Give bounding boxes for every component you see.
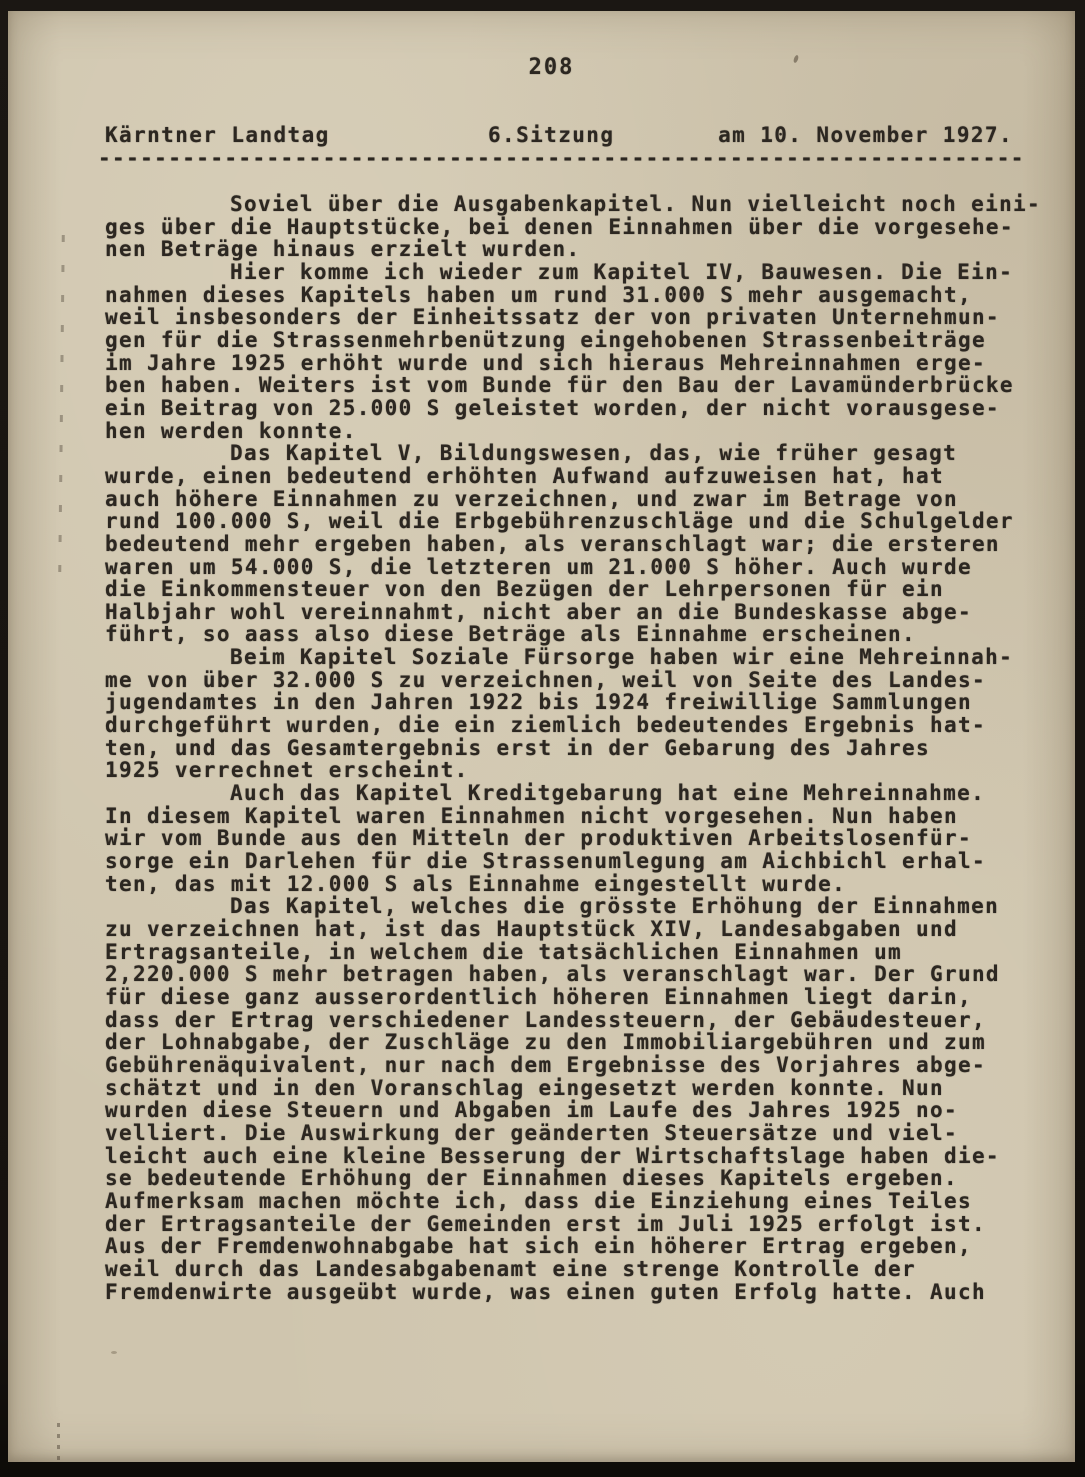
text-line: ein Beitrag von 25.000 S geleistet worde… (105, 397, 1021, 420)
page-number: 208 (8, 55, 1085, 80)
text-line: waren um 54.000 S, die letzteren um 21.0… (105, 556, 1021, 579)
margin-pen-mark (57, 1423, 60, 1467)
text-line: Aufmerksam machen möchte ich, dass die E… (105, 1190, 1021, 1213)
text-line: Fremdenwirte ausgeübt wurde, was einen g… (105, 1281, 1021, 1304)
text-line: Das Kapitel V, Bildungswesen, das, wie f… (105, 442, 1021, 465)
text-line: Soviel über die Ausgabenkapitel. Nun vie… (105, 193, 1021, 216)
text-line: Halbjahr wohl vereinnahmt, nicht aber an… (105, 601, 1021, 624)
scan-frame: 208 Kärntner Landtag 6.Sitzung am 10. No… (0, 0, 1085, 1477)
text-line: me von über 32.000 S zu verzeichnen, wei… (105, 669, 1021, 692)
text-line: auch höhere Einnahmen zu verzeichnen, un… (105, 488, 1021, 511)
page-header: Kärntner Landtag 6.Sitzung am 10. Novemb… (105, 123, 1013, 149)
text-line: ges über die Hauptstücke, bei denen Einn… (105, 216, 1021, 239)
text-line: gen für die Strassenmehrbenützung eingeh… (105, 329, 1021, 352)
text-line: Das Kapitel, welches die grösste Erhöhun… (105, 895, 1021, 918)
document-body: Soviel über die Ausgabenkapitel. Nun vie… (105, 193, 1021, 1303)
text-line: der Lohnabgabe, der Zuschläge zu den Imm… (105, 1031, 1021, 1054)
text-line: Ertragsanteile, in welchem die tatsächli… (105, 941, 1021, 964)
text-line: wurden diese Steuern und Abgaben im Lauf… (105, 1099, 1021, 1122)
text-line: ten, das mit 12.000 S als Einnahme einge… (105, 873, 1021, 896)
text-line: hen werden konnte. (105, 420, 1021, 443)
text-line: nen Beträge hinaus erzielt wurden. (105, 238, 1021, 261)
text-line: dass der Ertrag verschiedener Landessteu… (105, 1009, 1021, 1032)
text-line: rund 100.000 S, weil die Erbgebührenzusc… (105, 510, 1021, 533)
text-line: weil durch das Landesabgabenamt eine str… (105, 1258, 1021, 1281)
text-line: weil insbesonders der Einheitssatz der v… (105, 306, 1021, 329)
text-line: se bedeutende Erhöhung der Einnahmen die… (105, 1167, 1021, 1190)
text-line: wir vom Bunde aus den Mitteln der produk… (105, 827, 1021, 850)
text-line: ben haben. Weiters ist vom Bunde für den… (105, 374, 1021, 397)
text-line: Aus der Fremdenwohnabgabe hat sich ein h… (105, 1235, 1021, 1258)
text-line: 2,220.000 S mehr betragen haben, als ver… (105, 963, 1021, 986)
header-institution: Kärntner Landtag (105, 123, 330, 147)
text-line: Auch das Kapitel Kreditgebarung hat eine… (105, 782, 1021, 805)
text-line: Hier komme ich wieder zum Kapitel IV, Ba… (105, 261, 1021, 284)
text-line: sorge ein Darlehen für die Strassenumleg… (105, 850, 1021, 873)
text-line: schätzt und in den Voranschlag eingesetz… (105, 1077, 1021, 1100)
text-line: Beim Kapitel Soziale Fürsorge haben wir … (105, 646, 1021, 669)
text-line: die Einkommensteuer von den Bezügen der … (105, 578, 1021, 601)
text-line: jugendamtes in den Jahren 1922 bis 1924 … (105, 691, 1021, 714)
paper-speck (111, 1351, 117, 1354)
header-session: 6.Sitzung (488, 123, 614, 147)
text-line: zu verzeichnen hat, ist das Hauptstück X… (105, 918, 1021, 941)
header-date: am 10. November 1927. (718, 123, 1013, 147)
text-line: führt, so aass also diese Beträge als Ei… (105, 623, 1021, 646)
text-line: velliert. Die Auswirkung der geänderten … (105, 1122, 1021, 1145)
text-line: In diesem Kapitel waren Einnahmen nicht … (105, 805, 1021, 828)
margin-pen-mark (58, 235, 65, 575)
text-line: der Ertragsanteile der Gemeinden erst im… (105, 1213, 1021, 1236)
text-line: für diese ganz ausserordentlich höheren … (105, 986, 1021, 1009)
text-line: wurde, einen bedeutend erhöhten Aufwand … (105, 465, 1021, 488)
text-line: ten, und das Gesamtergebnis erst in der … (105, 737, 1021, 760)
text-line: bedeutend mehr ergeben haben, als verans… (105, 533, 1021, 556)
text-line: leicht auch eine kleine Besserung der Wi… (105, 1145, 1021, 1168)
scanned-page: 208 Kärntner Landtag 6.Sitzung am 10. No… (8, 11, 1075, 1462)
text-line: Gebührenäquivalent, nur nach dem Ergebni… (105, 1054, 1021, 1077)
text-line: im Jahre 1925 erhöht wurde und sich hier… (105, 352, 1021, 375)
text-line: nahmen dieses Kapitels haben um rund 31.… (105, 284, 1021, 307)
text-line: durchgeführt wurden, die ein ziemlich be… (105, 714, 1021, 737)
header-divider: ----------------------------------------… (98, 147, 1022, 169)
text-line: 1925 verrechnet erscheint. (105, 759, 1021, 782)
